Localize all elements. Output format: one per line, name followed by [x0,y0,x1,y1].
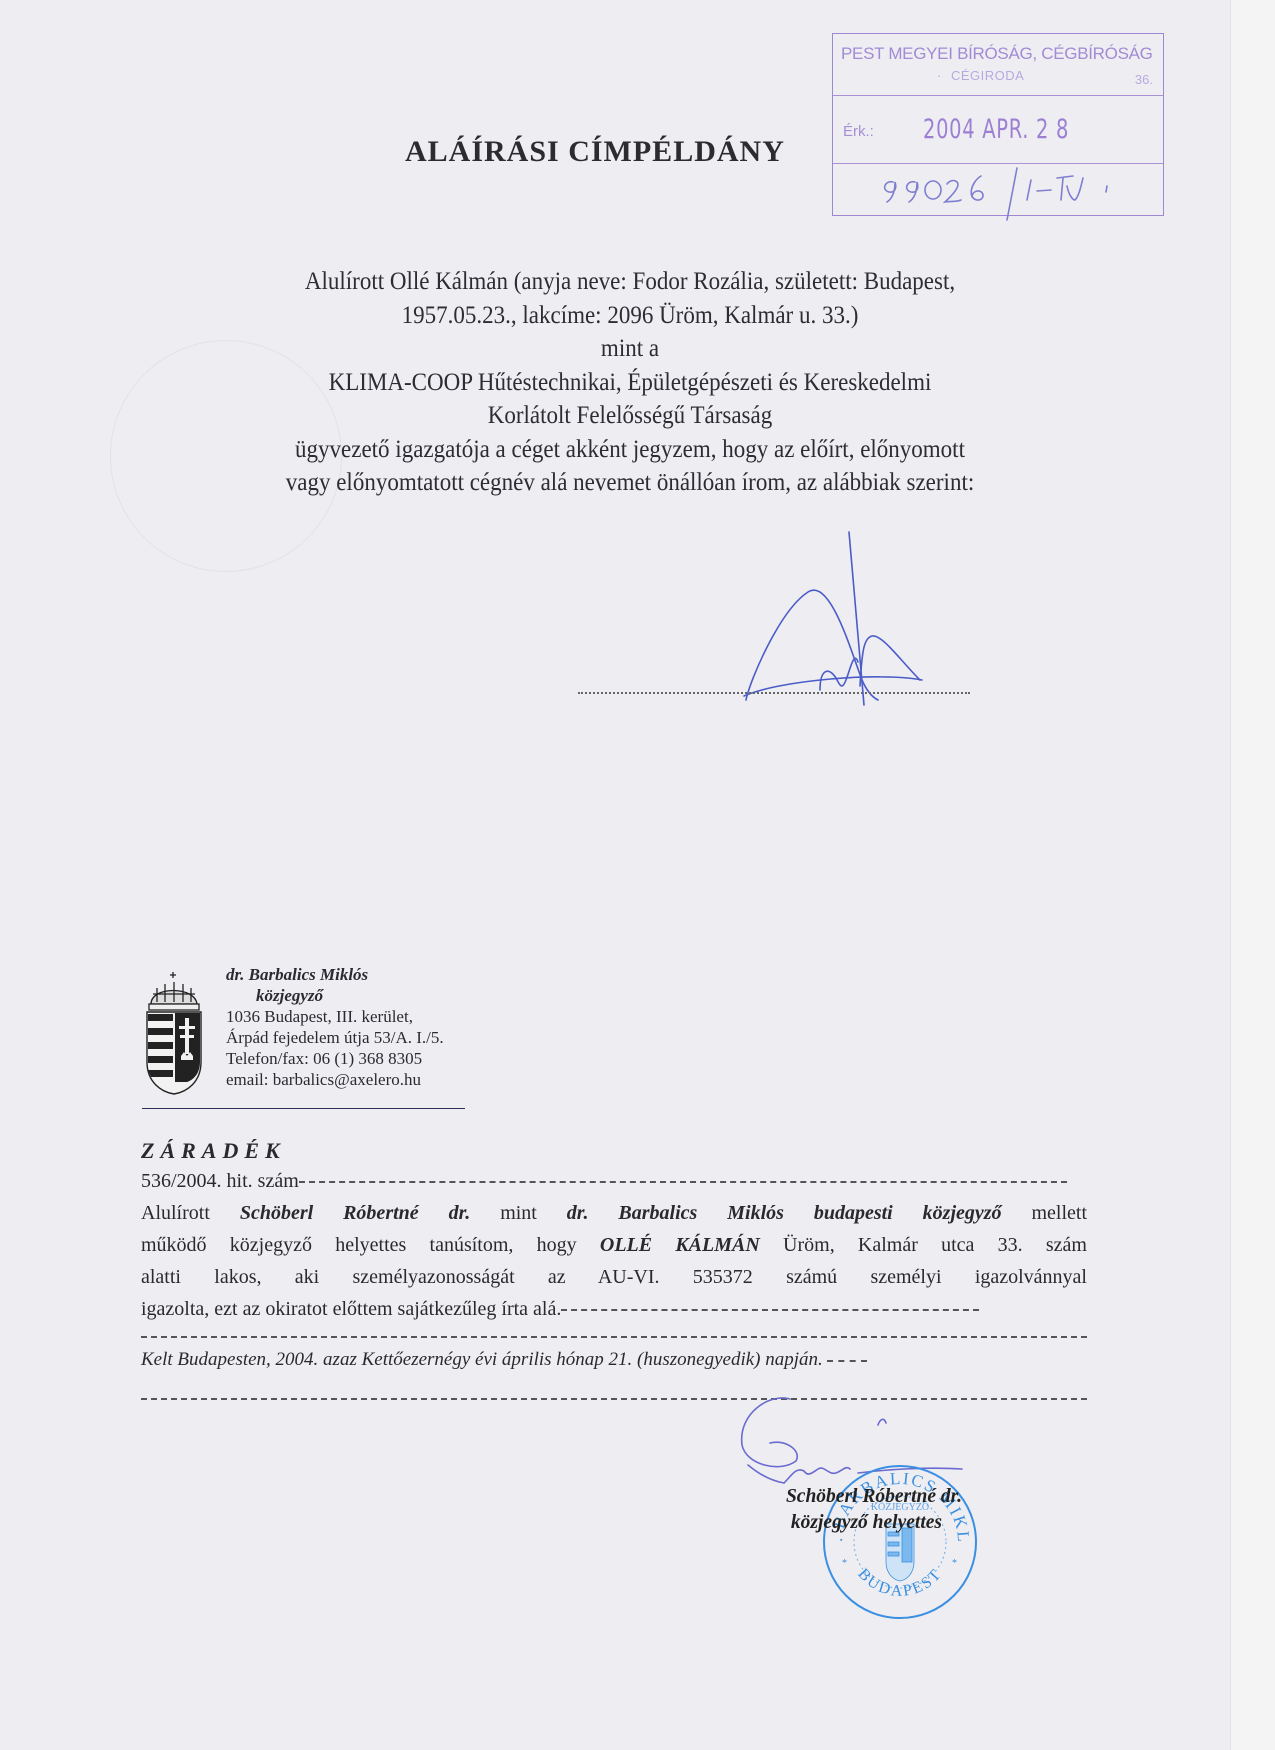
hungarian-coat-of-arms-icon [143,970,205,1096]
deputy-notary-signature-block: Schöberl Róbertné dr. közjegyző helyette… [730,1484,962,1536]
signer-name: Schöberl Róbertné dr. [730,1484,962,1510]
document-title: ALÁÍRÁSI CÍMPÉLDÁNY [405,135,785,169]
notarial-clause: 536/2004. hit. szám Alulírott Schöberl R… [141,1165,1087,1325]
stamp-court-name: PEST MEGYEI BÍRÓSÁG, CÉGBÍRÓSÁG [841,44,1153,64]
scan-page-edge [1230,0,1275,1750]
notary-role: közjegyző [226,985,444,1006]
signatory-name-inline: OLLÉ KÁLMÁN [600,1234,760,1256]
clause-reference-number: 536/2004. hit. szám [141,1170,299,1192]
company-form-line: Korlátolt Felelősségű Társaság [142,399,1117,433]
stamp-received-date: 2004 APR. 2 8 [923,114,1069,145]
stamp-office-number: 36. [1135,72,1153,87]
notary-letterhead: dr. Barbalics Miklós közjegyző 1036 Buda… [226,964,444,1090]
deputy-notary-name: Schöberl Róbertné dr. [240,1202,470,1224]
declaration-paragraph: Alulírott Ollé Kálmán (anyja neve: Fodor… [142,265,1117,500]
notary-name: dr. Barbalics Miklós [226,964,444,985]
notary-phone: Telefon/fax: 06 (1) 368 8305 [226,1048,444,1069]
clause-text-line: működő közjegyző helyettes tanúsítom, ho… [141,1229,1087,1261]
notary-name-inline: dr. Barbalics Miklós budapesti közjegyző [567,1202,1002,1224]
court-received-stamp: PEST MEGYEI BÍRÓSÁG, CÉGBÍRÓSÁG · CÉGIRO… [832,33,1164,216]
declaration-line: 1957.05.23., lakcíme: 2096 Üröm, Kalmár … [142,299,1117,333]
notary-email: email: barbalics@axelero.hu [226,1069,444,1090]
clause-reference-line: 536/2004. hit. szám [141,1165,1087,1197]
clause-title: ZÁRADÉK [141,1138,286,1164]
notary-address-line: Árpád fejedelem útja 53/A. I./5. [226,1027,444,1048]
stamp-received-label: Érk.: [843,123,874,140]
declaration-line: mint a [142,332,1117,366]
stamp-office: CÉGIRODA [951,68,1024,83]
declaration-line: Alulírott Ollé Kálmán (anyja neve: Fodor… [142,265,1117,299]
letterhead-divider [142,1108,465,1109]
clause-text-line: Alulírott Schöberl Róbertné dr. mint dr.… [141,1197,1087,1229]
svg-text:*: * [952,1558,957,1569]
notary-address-line: 1036 Budapest, III. kerület, [226,1006,444,1027]
declaration-line: ügyvezető igazgatója a céget akként jegy… [142,433,1117,467]
svg-text:*: * [842,1558,847,1569]
declaration-line: vagy előnyomtatott cégnév alá nevemet ön… [142,466,1117,500]
handwritten-signature-olle [740,530,940,710]
clause-text-line: alatti lakos, aki személyazonosságát az … [141,1261,1087,1293]
clause-text-line: igazolta, ezt az okiratot előttem sajátk… [141,1293,1087,1325]
stamp-handwritten-registration [871,164,1161,224]
clause-date-line: Kelt Budapesten, 2004. azaz Kettőezernég… [141,1349,1091,1371]
dashed-divider [141,1336,1087,1338]
company-name-line: KLIMA-COOP Hűtéstechnikai, Épületgépésze… [142,366,1117,400]
signer-title: közjegyző helyettes [730,1510,962,1536]
signature-dotted-line [578,692,970,694]
